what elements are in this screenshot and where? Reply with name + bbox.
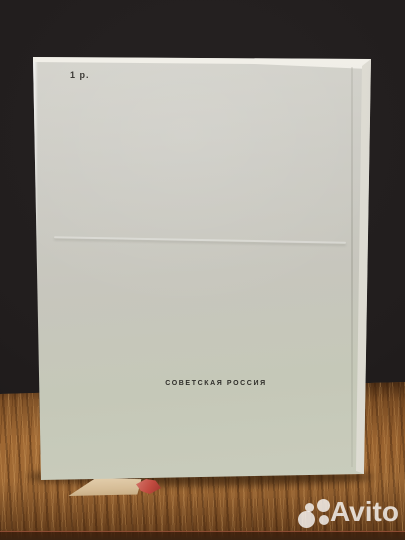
publisher-imprint: СОВЕТСКАЯ РОССИЯ [136,380,296,387]
avito-logo-dot [298,511,315,528]
avito-logo-icon [296,498,332,532]
avito-logo-dot [317,499,330,512]
avito-watermark: Avito [296,496,405,534]
book-back-cover: 1 р. СОВЕТСКАЯ РОССИЯ [30,55,375,483]
price-label: 1 р. [70,70,90,80]
avito-watermark-text: Avito [330,496,399,528]
avito-logo-dot [319,515,329,525]
cover-hinge-line [351,67,353,467]
book-cover-surface [30,55,375,483]
product-photo: 1 р. СОВЕТСКАЯ РОССИЯ Avito [0,0,405,540]
